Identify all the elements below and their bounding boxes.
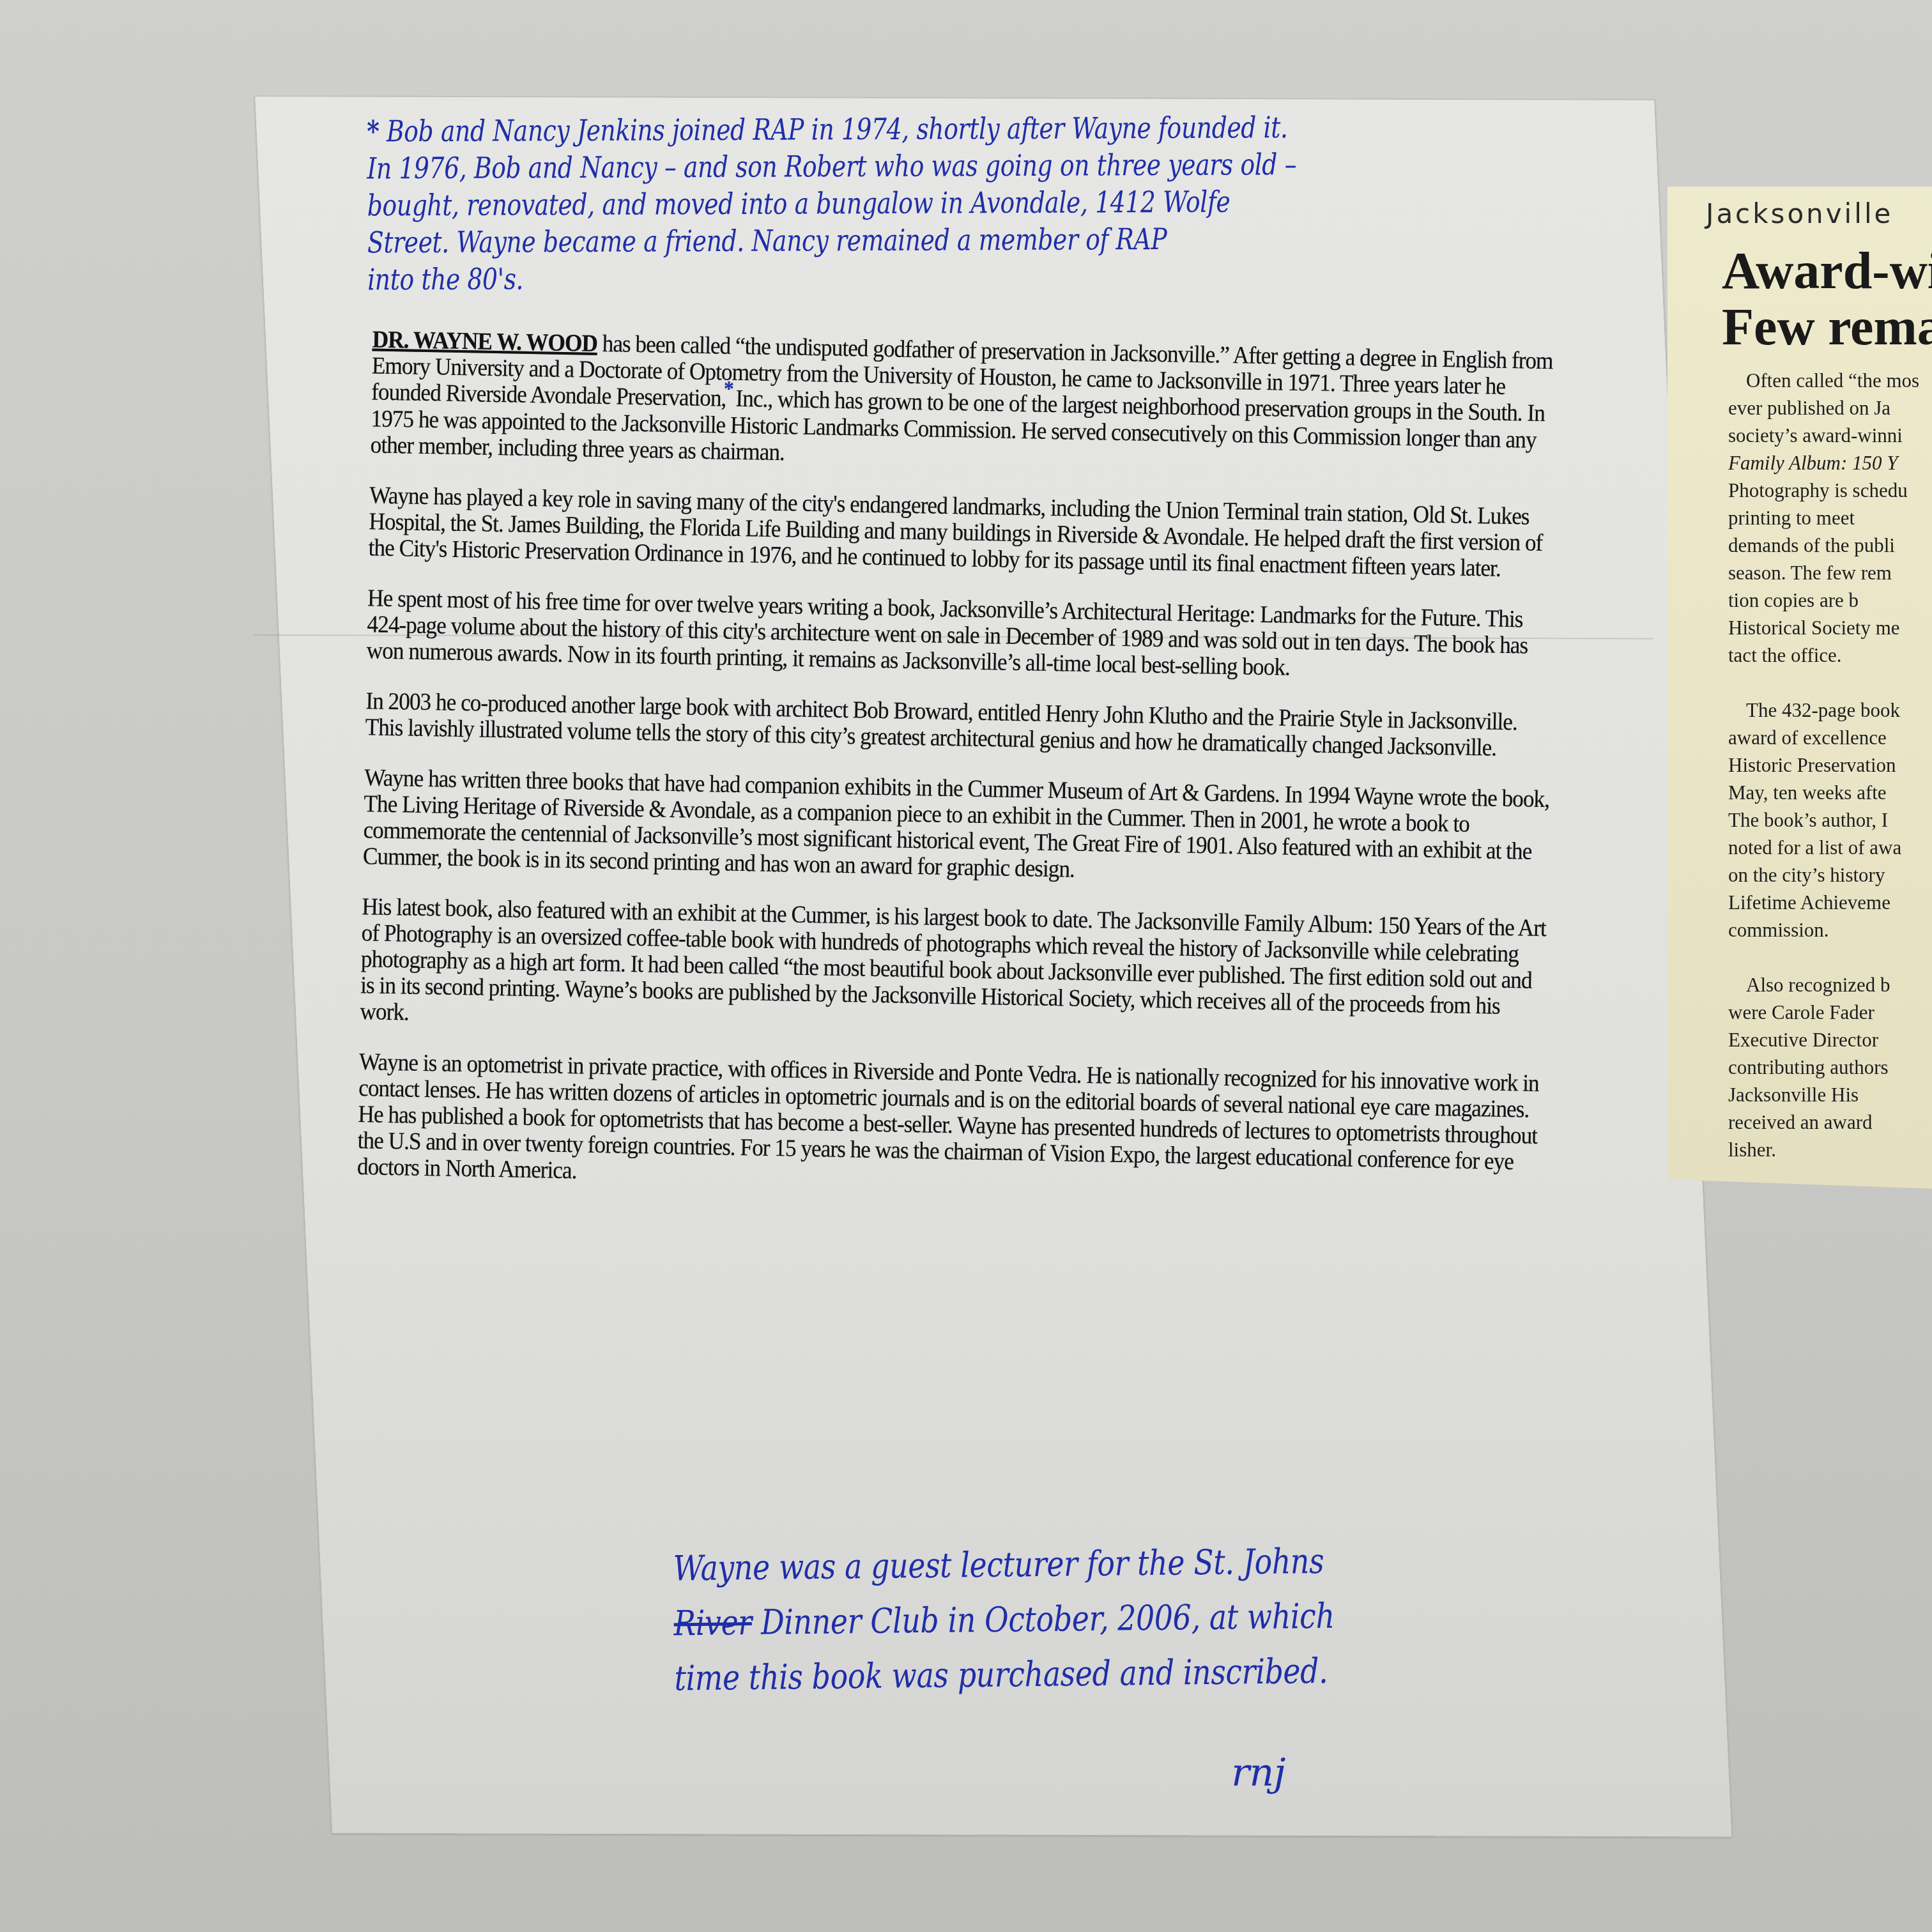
- bio-paragraph-3: He spent most of his free time for over …: [366, 585, 1556, 686]
- note-line: time this book was purchased and inscrib…: [674, 1643, 1381, 1706]
- clipping-handwritten-label: Jacksonville: [1706, 198, 1893, 229]
- bio-paragraph-2: Wayne has played a key role in saving ma…: [368, 482, 1558, 583]
- struck-word: River: [673, 1602, 752, 1643]
- bio-paragraph-7: Wayne is an optometrist in private pract…: [357, 1049, 1548, 1202]
- clipping-paragraph-3: Also recognized b were Carole Fader Exec…: [1728, 971, 1932, 1163]
- clipping-headline: Award-wi Few rema: [1722, 243, 1932, 355]
- clipping-paragraph-1: Often called “the mos ever published on …: [1728, 367, 1932, 669]
- note-line: In 1976, Bob and Nancy – and son Robert …: [367, 146, 1310, 187]
- clipping-body: Often called “the mos ever published on …: [1728, 367, 1932, 1191]
- note-line: bought, renovated, and moved into a bung…: [367, 183, 1310, 224]
- bio-paragraph-4: In 2003 he co-produced another large boo…: [365, 688, 1554, 762]
- bio-paragraph-1: DR. WAYNE W. WOOD has been called “the u…: [370, 326, 1561, 480]
- note-line: Street. Wayne became a friend. Nancy rem…: [367, 220, 1310, 261]
- asterisk-mark-icon: *: [367, 114, 379, 148]
- note-line: *Bob and Nancy Jenkins joined RAP in 197…: [367, 109, 1310, 149]
- newspaper-clipping: Jacksonville Award-wi Few rema Often cal…: [1667, 187, 1932, 1190]
- handwritten-initials: rnj: [1231, 1751, 1285, 1795]
- note-line: into the 80's.: [367, 257, 1310, 298]
- biography-text: DR. WAYNE W. WOOD has been called “the u…: [356, 326, 1561, 1226]
- insertion-asterisk-icon: *: [724, 378, 733, 401]
- handwritten-top-note: *Bob and Nancy Jenkins joined RAP in 197…: [367, 109, 1310, 298]
- clipping-paragraph-2: The 432-page book award of excellence Hi…: [1728, 696, 1932, 944]
- bio-paragraph-5: Wayne has written three books that have …: [363, 765, 1553, 891]
- note-line: River Dinner Club in October, 2006, at w…: [673, 1588, 1380, 1652]
- note-line: Wayne was a guest lecturer for the St. J…: [673, 1533, 1379, 1597]
- handwritten-inscription-note: Wayne was a guest lecturer for the St. J…: [673, 1533, 1381, 1706]
- biography-sheet: *Bob and Nancy Jenkins joined RAP in 197…: [254, 96, 1732, 1837]
- bio-paragraph-6: His latest book, also featured with an e…: [360, 894, 1551, 1046]
